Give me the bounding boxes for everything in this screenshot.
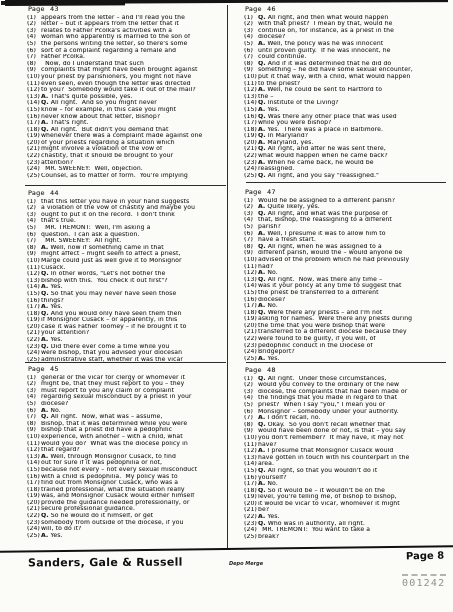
line-number: (6) (27, 408, 41, 415)
transcript-line: (23)pedophilic conduct in the Diocese of (244, 343, 445, 350)
transcript-page-section: Page 45(1)general or the vicar for clerg… (27, 366, 228, 539)
line-text: have? (258, 442, 277, 449)
line-text: your priest by parishioners, you might n… (41, 74, 191, 81)
transcript-page-section: Page 44(1)that this letter you have in y… (27, 190, 228, 363)
transcript-line: (25)Counsel, as to matter of form. You'r… (27, 173, 228, 180)
transcript-line: (9)bishop that a priest did have a pedop… (27, 427, 228, 434)
transcript-line: (16)things? (27, 298, 228, 305)
transcript-line: (1)general or the vicar for clergy or wh… (27, 375, 228, 382)
line-text: was, and Monsignor Cusack would either h… (41, 493, 194, 500)
transcript-line: (22)A. Yes. (27, 337, 228, 344)
transcript-line: (10)your priest by parishioners, you mig… (27, 74, 228, 81)
line-text: Q. And if it was determined that he did … (258, 61, 391, 68)
transcript-line: (21)be? (244, 507, 445, 514)
line-text: A. No. (258, 303, 278, 310)
transcript-line: (15)because not every – not every sexual… (27, 467, 228, 474)
line-number: (22) (244, 336, 258, 343)
transcript-line: (6)sort of a complaint regarding a femal… (27, 48, 228, 55)
line-text: could continue. (258, 54, 306, 61)
transcript-line: (21)secure professional guidance. (27, 506, 228, 513)
line-text: different parish, would the – would anyo… (258, 250, 402, 257)
transcript-line: (14)was it your policy at any time to su… (244, 283, 445, 290)
line-number: (5) (244, 402, 258, 409)
line-text: if Monsignor Cusack – or apparently, in … (41, 317, 177, 324)
line-text: diocese? (258, 34, 285, 41)
transcript-line: (11)even seen, even though the letter wa… (27, 81, 228, 88)
line-text: Q. So he would do it himself, or get (41, 513, 153, 520)
line-text: Q. In other words, "Let's not bother the (41, 271, 165, 278)
transcript-line: (16)yourself? (244, 475, 445, 482)
line-number: (25) (27, 173, 41, 180)
transcript-line: (11)have? (244, 442, 445, 449)
line-text: A. Well, he could be sent to Hartford to (258, 87, 382, 94)
line-number: (22) (244, 514, 258, 521)
line-text: complaints that might have been brought … (41, 67, 197, 74)
line-number: (18) (27, 127, 41, 134)
line-number: (3) (27, 28, 41, 35)
line-text: MR. TREMONT: You want to take a (258, 527, 370, 534)
transcript-line: (7)have a fresh start. (244, 237, 445, 244)
transcript-line: (3)diocese, the complaints that had been… (244, 389, 445, 396)
transcript-line: (11)would you do? What was the diocese p… (27, 441, 228, 448)
line-text: might affect – might seem to affect a pr… (41, 251, 181, 258)
transcript-line: (15)A. Yes. (244, 107, 445, 114)
line-number: (2) (244, 204, 258, 211)
transcript-line: (5) MR. TREMONT: Well, I'm asking a (27, 225, 228, 232)
line-text: Q. All right, and after he was sent ther… (258, 146, 386, 153)
line-text: level, you're telling me, of bishop to b… (258, 494, 397, 501)
line-text: Q. All right, and then what would happen (258, 15, 388, 22)
line-number: (11) (27, 81, 41, 88)
section-divider (25, 362, 226, 363)
transcript-line: (20)provide the guidance needed professi… (27, 500, 228, 507)
line-text: diocese? (258, 297, 285, 304)
line-text: would have been done or not, is that – y… (258, 428, 406, 435)
line-number: (18) (27, 311, 41, 318)
line-text: letter – but it appears from the letter … (41, 21, 179, 28)
scan-corner-speck (1, 1, 5, 5)
line-number: (3) (27, 212, 41, 219)
transcript-line: (6)A. Well, I presume it was to allow hi… (244, 231, 445, 238)
line-text: Q. Institute of the Living? (258, 100, 339, 107)
line-number: (14) (27, 460, 41, 467)
line-text: put it that way, with a child, what woul… (258, 74, 410, 81)
line-text: provide the guidance needed professional… (41, 500, 189, 507)
transcript-line: (23)A. When he came back, he would be (244, 160, 445, 167)
transcript-line: (12)A. Well, he could be sent to Hartfor… (244, 87, 445, 94)
line-number: (2) (27, 21, 41, 28)
transcript-line: (19)was, and Monsignor Cusack would eith… (27, 493, 228, 500)
line-number: (1) (244, 15, 258, 22)
line-text: even seen, even though the letter was di… (41, 81, 191, 88)
line-number: (20) (27, 140, 41, 147)
transcript-line: (14)Q. All right. And so you might never (27, 100, 228, 107)
transcript-line: (22)what would happen when he came back? (244, 153, 445, 160)
line-text: with a child is pedophilia. My policy wa… (41, 474, 178, 481)
line-text: to you? Somebody would take it out of th… (41, 87, 196, 94)
transcript-line: (7)A. I don't recall, no. (244, 415, 445, 422)
line-text: Counsel, as to matter of form. You're im… (41, 173, 188, 180)
line-text: general or the vicar for clergy or whome… (41, 375, 185, 382)
page-header: Page 45 (27, 366, 228, 373)
line-number: (1) (27, 375, 41, 382)
line-number: (16) (27, 298, 41, 305)
line-text: Q. All right. Now, was there any time – (258, 277, 382, 284)
transcript-line: (18)Q. And you would only have seen them… (27, 311, 228, 318)
line-number: (21) (244, 329, 258, 336)
line-number: (25) (244, 534, 258, 541)
line-number: (12) (244, 87, 258, 94)
line-text: A. Yes. There was a place in Baltimore. (258, 127, 383, 134)
transcript-line: (20)A. Maryland, yes. (244, 140, 445, 147)
line-text: Q. Were there any priests – and I'm not (258, 310, 382, 317)
line-text: MR. SWEENEY: Well, objection. (41, 166, 143, 173)
line-number: (14) (244, 283, 258, 290)
line-number: (22) (27, 513, 41, 520)
line-number: (22) (244, 153, 258, 160)
transcript-line: (24)were bishop, that you advised your d… (27, 350, 228, 357)
transcript-line: (21)your attention? (27, 330, 228, 337)
line-text: Q. All right. Under those circumstances, (258, 376, 386, 383)
line-text: be? (258, 507, 269, 514)
line-text: Monsignor – somebody under your authorit… (258, 409, 399, 416)
line-number: (3) (244, 389, 258, 396)
line-text: A. Well, I presume it was to allow him t… (258, 231, 386, 238)
line-number: (20) (27, 324, 41, 331)
transcript-line: (8) Now, do I understand that such (27, 61, 228, 68)
line-number: (24) (244, 527, 258, 534)
line-text: Q. In Maryland? (258, 133, 308, 140)
line-number: (21) (244, 507, 258, 514)
line-number: (21) (244, 146, 258, 153)
line-text: Q. Was there any other place that was us… (258, 114, 397, 121)
depo-merge-label: Depo Merge (229, 561, 263, 567)
line-number: (23) (244, 160, 258, 167)
line-number: (15) (244, 290, 258, 297)
line-number: (4) (27, 394, 41, 401)
line-number: (1) (27, 199, 41, 206)
line-text: of your priests regarding a situation wh… (41, 140, 175, 147)
line-text: Q. All right, and what was the purpose o… (258, 211, 388, 218)
line-number: (6) (27, 232, 41, 239)
transcript-line: (4)diocese? (244, 34, 445, 41)
transcript-page-section: Page 47(1)Would he be assigned to a diff… (244, 189, 445, 362)
transcript-line: (5)priest? When I say "you," I mean you … (244, 402, 445, 409)
line-text: A. Yes. (41, 337, 63, 344)
line-text: diocese, the complaints that had been ma… (258, 389, 407, 396)
line-number: (7) (244, 237, 258, 244)
transcript-line: (22)were found to be guilty, if you will… (244, 336, 445, 343)
line-text: yourself? (258, 475, 287, 482)
transcript-line: (17)A. No. (244, 303, 445, 310)
line-text: Q. Who was in authority, all right. (258, 521, 365, 528)
line-text: question. I can ask a question. (41, 232, 139, 239)
transcript-line: (25)break? (244, 534, 445, 541)
line-number: (9) (27, 427, 41, 434)
transcript-line: (11)Cusack. (27, 265, 228, 272)
line-number: (7) (244, 54, 258, 61)
transcript-line: (6)Monsignor – somebody under your autho… (244, 409, 445, 416)
transcript-line: (8)Q. All right, when he was assigned to… (244, 244, 445, 251)
line-text: secure professional guidance. (41, 506, 135, 513)
line-text: was it your policy at any time to sugges… (258, 283, 402, 290)
line-text: A. Well, now if something came in that (41, 245, 164, 252)
line-text: parish? (258, 224, 281, 231)
line-number: (11) (244, 81, 258, 88)
line-text: MR. TREMONT: Well, I'm asking a (41, 225, 150, 232)
line-text: what would happen when he came back? (258, 153, 388, 160)
bates-number: 001242 (402, 578, 448, 589)
line-number: (15) (244, 107, 258, 114)
line-number: (12) (27, 447, 41, 454)
line-text: Q. All right. And so you might never (41, 100, 157, 107)
line-number: (19) (244, 133, 258, 140)
line-text: the priest be transferred to a different (258, 290, 379, 297)
line-number: (21) (27, 506, 41, 513)
transcript-line: (13)have gotten in touch with his counte… (244, 455, 445, 462)
line-number: (11) (244, 442, 258, 449)
section-divider (246, 182, 446, 183)
transcript-line: (6)A. No. (27, 408, 228, 415)
page-header: Page 47 (244, 189, 445, 196)
line-number: (2) (27, 205, 41, 212)
line-number: (12) (244, 270, 258, 277)
transcript-line: (13)Q. All right. Now, was there any tim… (244, 277, 445, 284)
section-divider (25, 185, 226, 186)
line-text: experience, with another – with a child,… (41, 434, 183, 441)
line-number: (24) (244, 166, 258, 173)
transcript-line: (9)might affect – might seem to affect a… (27, 251, 228, 258)
transcript-line: (3)relates to Father Pcolka's activities… (27, 28, 228, 35)
line-text: MR. SWEENEY: All right. (41, 238, 121, 245)
line-number: (8) (27, 421, 41, 428)
transcript-line: (25)A. Yes. (27, 533, 228, 540)
line-number: (13) (27, 94, 41, 101)
line-text: something – he did have some sexual enco… (258, 67, 413, 74)
line-number: (15) (244, 468, 258, 475)
line-number: (24) (27, 526, 41, 533)
line-number: (24) (27, 166, 41, 173)
transcript-line: (15)Q. So that you may never have seen t… (27, 291, 228, 298)
line-number: (14) (244, 461, 258, 468)
line-text: with that priest? I mean by that, would … (258, 21, 392, 28)
line-text: that, Bishop, the reassigning to a diffe… (258, 217, 392, 224)
line-number: (17) (27, 120, 41, 127)
line-number: (21) (27, 330, 41, 337)
line-number: (14) (27, 284, 41, 291)
line-number: (7) (244, 415, 258, 422)
line-number: (22) (27, 337, 41, 344)
transcript-line: (7)could continue. (244, 54, 445, 61)
line-text: Q. All right, and you say "reassigned." (258, 173, 379, 180)
line-text: advised of the problem which he had prev… (258, 257, 409, 264)
transcript-line: (9)different parish, would the – would a… (244, 250, 445, 257)
transcript-line: (21)Q. All right, and after he was sent … (244, 146, 445, 153)
transcript-page-section: Page 46(1)Q. All right, and then what wo… (244, 6, 445, 179)
line-text: A. No. (258, 270, 278, 277)
transcript-line: (10)advised of the problem which he had … (244, 257, 445, 264)
line-number: (16) (27, 114, 41, 121)
line-number: (13) (244, 94, 258, 101)
line-text: asking for names. Were there any priests… (258, 316, 412, 323)
line-number: (21) (27, 146, 41, 153)
transcript-line: (23)Q. Did there ever come a time while … (27, 344, 228, 351)
transcript-line: (19)Q. In Maryland? (244, 133, 445, 140)
line-number: (17) (27, 480, 41, 487)
line-number: (2) (27, 381, 41, 388)
line-number: (11) (27, 265, 41, 272)
transcript-line: (24)reassigned. (244, 166, 445, 173)
line-text: A. Yes. (258, 514, 280, 521)
line-number: (13) (244, 277, 258, 284)
transcript-line: (2)would you convey to the ordinary of t… (244, 382, 445, 389)
page-number: Page 8 (406, 551, 444, 563)
line-number: (4) (244, 34, 258, 41)
transcript-line: (24) MR. TREMONT: You want to take a (244, 527, 445, 534)
line-text: area. (258, 461, 274, 468)
transcript-line: (8)Q. Okay. So you don't recall whether … (244, 422, 445, 429)
transcript-line: (19)if Monsignor Cusack – or apparently,… (27, 317, 228, 324)
transcript-line: (10)you don't remember? It may have, it … (244, 435, 445, 442)
line-number: (4) (244, 395, 258, 402)
line-text: that's true. (41, 218, 76, 225)
line-text: A. No. (258, 481, 278, 488)
section-divider (246, 362, 446, 363)
line-number: (8) (244, 422, 258, 429)
line-text: Marge could just as well give it to Mons… (41, 258, 182, 265)
transcript-line: (13)the – (244, 94, 445, 101)
transcript-line: (16)diocese? (244, 297, 445, 304)
transcript-line: (6)question. I can ask a question. (27, 232, 228, 239)
line-number: (6) (244, 231, 258, 238)
transcript-line: (4)that's true. (27, 218, 228, 225)
transcript-line: (17)A. No. (244, 481, 445, 488)
line-text: woman who apparently is married to the s… (41, 34, 190, 41)
line-text: A. When he came back, he would be (258, 160, 374, 167)
line-text: priest? When I say "you," I mean you or (258, 402, 385, 409)
transcript-line: (20)it would be vicar to vicar, whomever… (244, 501, 445, 508)
line-text: would you do? What was the diocese polic… (41, 441, 188, 448)
line-text: A. Quite likely, yes. (258, 204, 320, 211)
line-text: find out from Monsignor Cusack, who was … (41, 480, 178, 487)
transcript-line: (12)A. No. (244, 270, 445, 277)
transcript-line: (13)A. That's quite possible, yes. (27, 94, 228, 101)
line-number: (9) (27, 67, 41, 74)
line-text: bishop that a priest did have a pedophil… (41, 427, 172, 434)
line-number: (9) (244, 428, 258, 435)
transcript-line: (23)Q. Who was in authority, all right. (244, 521, 445, 528)
line-number: (20) (244, 140, 258, 147)
transcript-line: (5)diocese? (27, 401, 228, 408)
transcript-page-section: Page 48(1)Q. All right. Under those circ… (244, 367, 445, 540)
line-number: (23) (27, 160, 41, 167)
transcript-line: (2)with that priest? I mean by that, wou… (244, 21, 445, 28)
line-number: (12) (244, 448, 258, 455)
line-number: (16) (244, 297, 258, 304)
line-number: (18) (244, 127, 258, 134)
transcript-line: (20)the time that you were bishop that w… (244, 323, 445, 330)
line-text: Q. So that you may never have seen those (41, 291, 176, 298)
transcript-line: (18)A. Yes. There was a place in Baltimo… (244, 127, 445, 134)
line-text: a violation of the vow of chastity and m… (41, 205, 195, 212)
transcript-line: (2)A. Quite likely, yes. (244, 204, 445, 211)
court-reporter-firm-name: Sanders, Gale & Russell (28, 556, 183, 570)
line-text: Q. Did there ever come a time while you (41, 344, 169, 351)
line-text: appears from the letter – and I'll read … (41, 15, 185, 22)
transcript-line: (9)would have been done or not, is that … (244, 428, 445, 435)
line-text: Q. All right, when he was assigned to a (258, 244, 382, 251)
transcript-line: (9)something – he did have some sexual e… (244, 67, 445, 74)
transcript-line: (20)case it was Father Toomey – if he br… (27, 324, 228, 331)
transcript-line: (14)out for sure if it was pedophilia or… (27, 460, 228, 467)
line-text: Q. All right. Now, what was – assume, (41, 414, 162, 421)
line-number: (8) (244, 244, 258, 251)
line-number: (7) (27, 238, 41, 245)
line-text: A. No. (41, 408, 61, 415)
line-number: (23) (244, 343, 258, 350)
transcript-line: (24) MR. SWEENEY: Well, objection. (27, 166, 228, 173)
line-number: (18) (27, 487, 41, 494)
transcript-line: (1)Would he be assigned to a different p… (244, 198, 445, 205)
line-text: the persons writing the letter, so there… (41, 41, 187, 48)
line-text: A. That's quite possible, yes. (41, 94, 133, 101)
transcript-line: (15)the priest be transferred to a diffe… (244, 290, 445, 297)
line-number: (10) (27, 74, 41, 81)
bates-stamp: 001242 (402, 574, 448, 589)
line-text: never know about that letter, Bishop? (41, 114, 160, 121)
transcript-line: (5)parish? (244, 224, 445, 231)
transcript-line: (12)to you? Somebody would take it out o… (27, 87, 228, 94)
transcript-line: (9)complaints that might have been broug… (27, 67, 228, 74)
line-number: (19) (27, 133, 41, 140)
transcript-line: (11)to the priest? (244, 81, 445, 88)
line-number: (5) (27, 401, 41, 408)
line-number: (16) (244, 114, 258, 121)
line-number: (10) (27, 434, 41, 441)
line-number: (5) (244, 41, 258, 48)
line-text: regarding sexual misconduct by a priest … (41, 394, 192, 401)
line-text: Q. Okay. So you don't recall whether tha… (258, 422, 390, 429)
line-number: (15) (27, 107, 41, 114)
line-text: attention? (41, 160, 73, 167)
transcript-line: (3)must report to you any claim or compl… (27, 388, 228, 395)
line-text: the time that you were bishop that were (258, 323, 385, 330)
transcript-line: (5)A. Well, the policy was he was innoce… (244, 41, 445, 48)
line-text: have gotten in touch with his counterpar… (258, 455, 409, 462)
line-text: Bishop, that it was determined while you… (41, 421, 187, 428)
transcript-line: (14)Q. Institute of the Living? (244, 100, 445, 107)
line-text: to the priest? (258, 81, 300, 88)
line-number: (10) (244, 257, 258, 264)
line-text: pedophilic conduct in the Diocese of (258, 343, 373, 350)
line-text: whenever there was a complaint made agai… (41, 133, 202, 140)
line-text: relates to Father Pcolka's activities wi… (41, 28, 172, 35)
page-header: Page 43 (27, 6, 228, 13)
line-number: (3) (27, 388, 41, 395)
line-number: (17) (244, 481, 258, 488)
line-number: (11) (244, 264, 258, 271)
line-number: (23) (27, 344, 41, 351)
column-divider (227, 5, 228, 549)
transcript-line: (20)of your priests regarding a situatio… (27, 140, 228, 147)
line-number: (20) (244, 501, 258, 508)
transcript-line: (17)A. Yes. (27, 304, 228, 311)
transcript-line: (6)until proven guilty. If he was innoce… (244, 48, 445, 55)
line-number: (10) (244, 435, 258, 442)
line-text: things? (41, 298, 64, 305)
line-number: (10) (27, 258, 41, 265)
scanned-transcript-page: Page 43(1)appears from the letter – and … (0, 0, 453, 612)
